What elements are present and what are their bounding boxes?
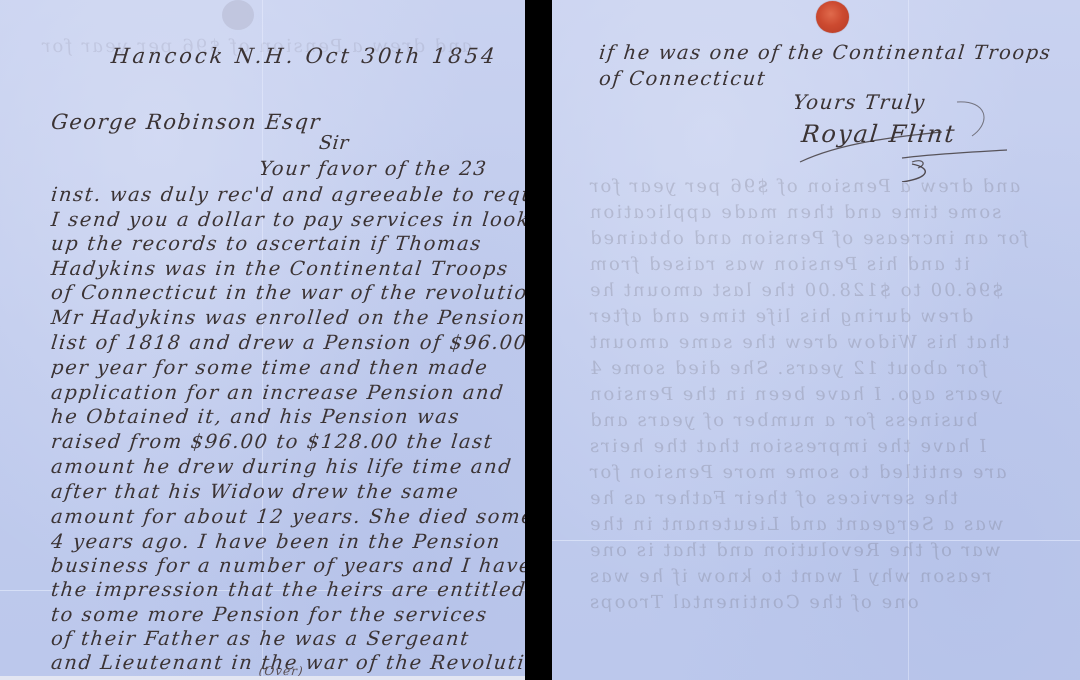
bleed-through-text: business for a number of years and [587, 410, 980, 431]
body-line: up the records to ascertain if Thomas [50, 232, 483, 255]
salutation: Sir [318, 132, 350, 154]
bleed-through-text: that his Widow drew the same amount [587, 332, 1012, 353]
body-line: Mr Hadykins was enrolled on the Pension [50, 306, 525, 329]
letter-page-left: and drew a Pension of $96 per year for H… [0, 0, 525, 680]
body-line: Hadykins was in the Continental Troops [50, 257, 510, 280]
bleed-through-text: I have the impression that the heirs [587, 436, 988, 457]
page-edge [0, 676, 525, 680]
bleed-through-text: for an increase of Pension and obtained [587, 228, 1030, 249]
dateline: Hancock N.H. Oct 30th 1854 [110, 44, 499, 68]
body-line: inst. was duly rec'd and agreeable to re… [50, 183, 525, 206]
bleed-through-text: reason why I want to know if he was [587, 566, 993, 587]
body-line: he Obtained it, and his Pension was [50, 405, 461, 428]
body-line: raised from $96.00 to $128.00 the last [50, 430, 494, 453]
bleed-through-text: $96.00 to $128.00 the last amount he [587, 280, 1006, 301]
bleed-through-text: war of the Revolution and that is one [587, 540, 1002, 561]
body-line: business for a number of years and I hav… [50, 554, 525, 577]
body-line: to some more Pension for the services [50, 603, 489, 626]
wax-seal [816, 1, 849, 33]
body-line: per year for some time and then made [50, 356, 490, 379]
body-line: of Connecticut in the war of the revolut… [50, 281, 525, 304]
body-line: of their Father as he was a Sergeant [50, 627, 471, 650]
body-line: if he was one of the Continental Troops [598, 41, 1053, 64]
body-line: amount for about 12 years. She died some [50, 505, 525, 528]
bleed-through-text: was a Sergeant and Lieutenant in the [587, 514, 1005, 535]
body-line: of Connecticut [598, 67, 768, 90]
body-line: application for an increase Pension and [50, 381, 506, 404]
addressee: George Robinson Esqr [50, 110, 322, 134]
bleed-through-text: the services of their Father as he [587, 488, 960, 509]
bleed-through-text: some time and then made application [587, 202, 1003, 223]
signature-flourish-icon [782, 92, 1022, 182]
body-line: list of 1818 and drew a Pension of $96.0… [50, 331, 525, 354]
body-line: 4 years ago. I have been in the Pension [50, 530, 502, 553]
bleed-through-text: for about 12 years. She died some 4 [587, 358, 989, 379]
body-line: after that his Widow drew the same [50, 480, 461, 503]
body-line: Your favor of the 23 [258, 157, 489, 180]
body-line: the impression that the heirs are entitl… [50, 578, 525, 601]
bleed-through-text: are entitled to some more Pension for [587, 462, 1009, 483]
bleed-through-text: years ago. I have been in the Pension [587, 384, 1004, 405]
body-line: I send you a dollar to pay services in l… [50, 208, 525, 231]
seal-offset-mark [222, 0, 254, 30]
body-line: amount he drew during his life time and [50, 455, 514, 478]
bleed-through-text: it and his Pension was raised from [587, 254, 972, 275]
letter-page-right: and drew a Pension of $96 per year for s… [552, 0, 1080, 680]
bleed-through-text: one of the Continental Troops [587, 592, 921, 613]
bleed-through-text: drew during his life time and after [587, 306, 975, 327]
